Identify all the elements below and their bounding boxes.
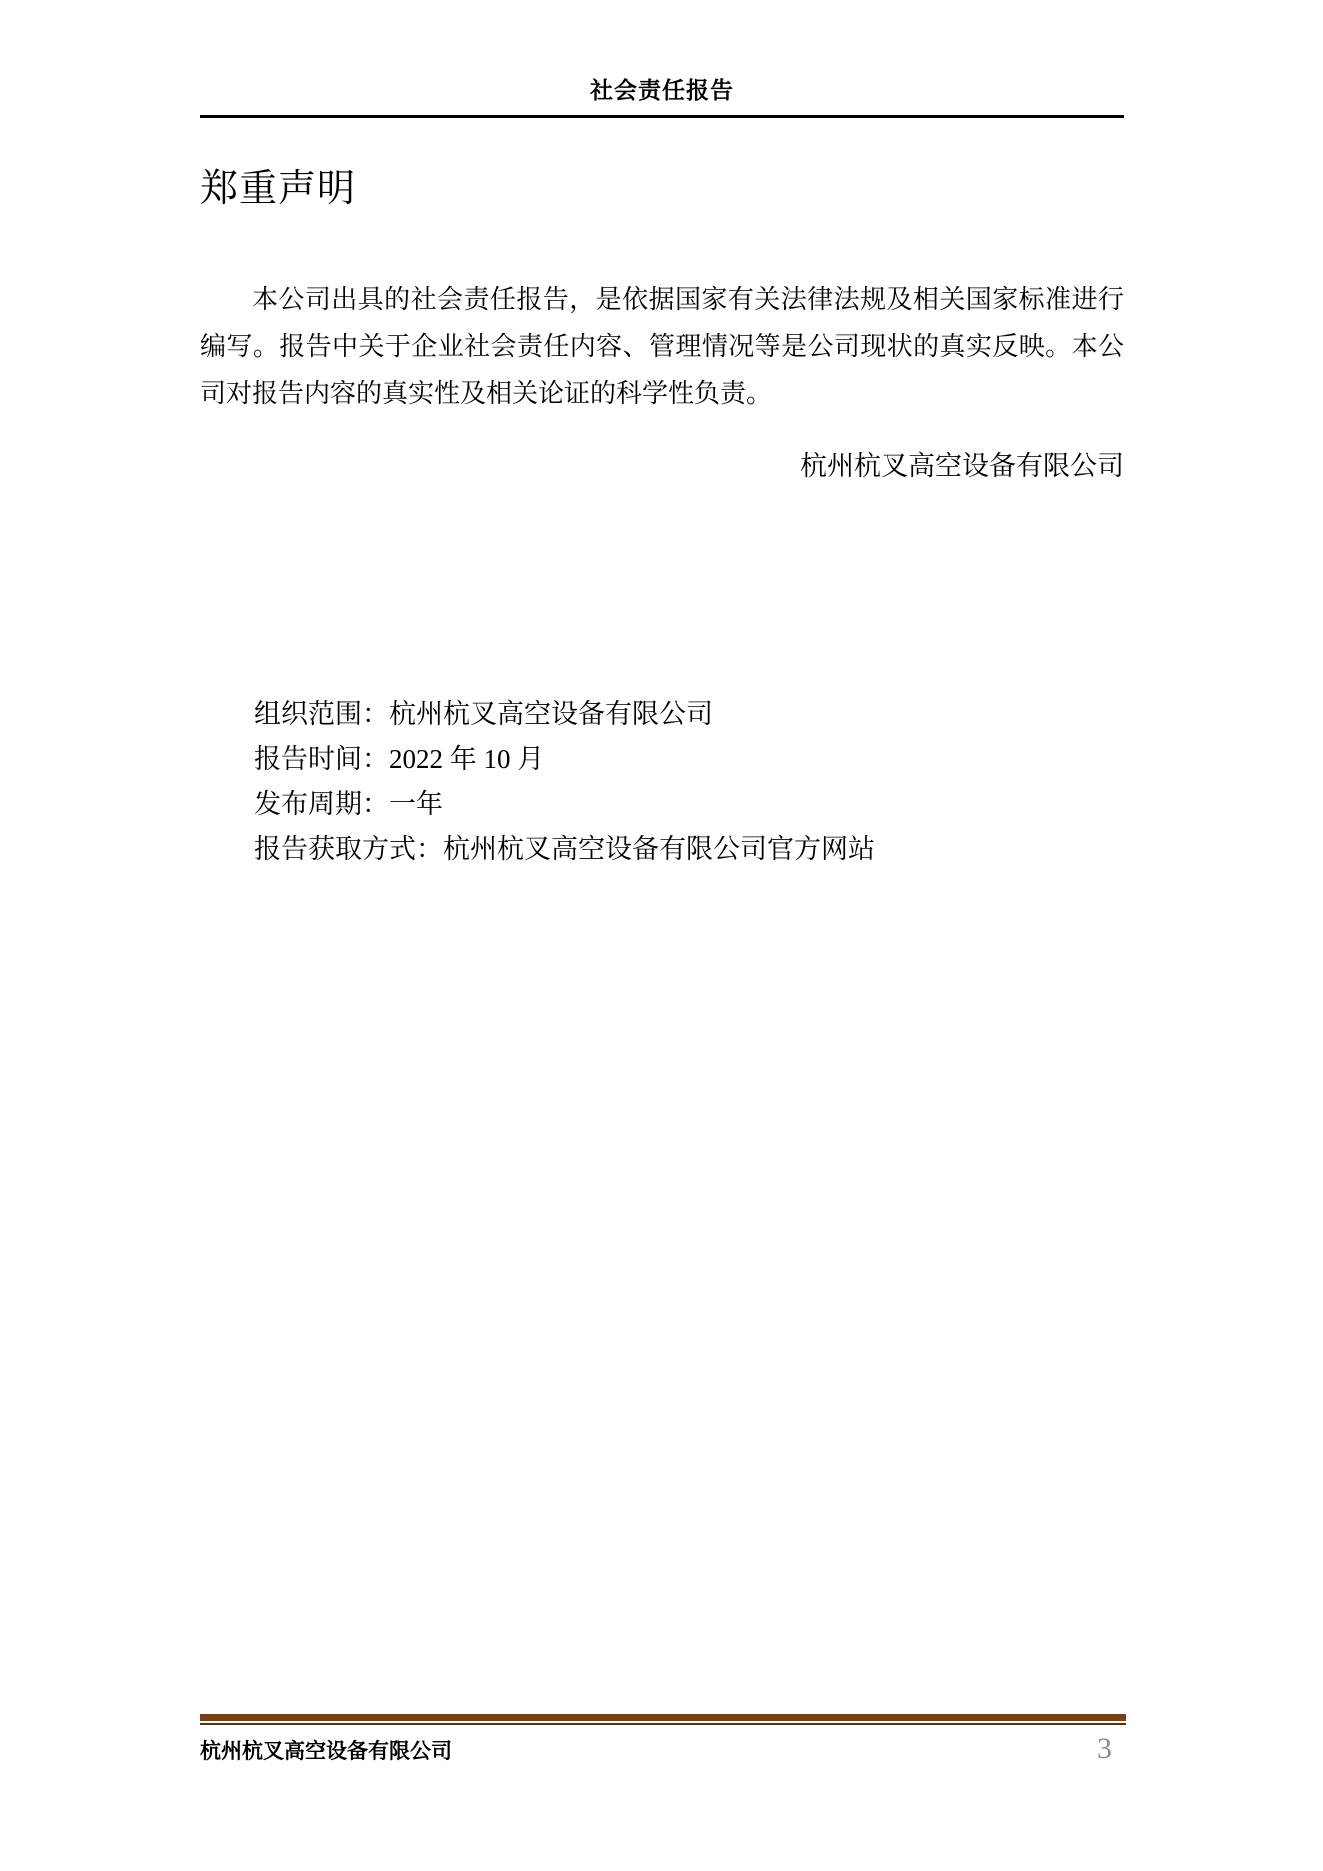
- meta-value: 杭州杭叉高空设备有限公司: [389, 699, 713, 729]
- meta-label: 发布周期：: [254, 789, 389, 819]
- footer-divider-thin-line: [200, 1723, 1126, 1725]
- meta-row-report-time: 报告时间：2022 年 10 月: [254, 737, 875, 782]
- page-number: 3: [1097, 1732, 1124, 1766]
- meta-label: 报告获取方式：: [254, 834, 443, 864]
- running-header-title: 社会责任报告: [200, 76, 1124, 104]
- page-header: 社会责任报告: [200, 76, 1124, 118]
- meta-row-access-method: 报告获取方式：杭州杭叉高空设备有限公司官方网站: [254, 827, 875, 872]
- footer-company-name: 杭州杭叉高空设备有限公司: [200, 1735, 452, 1769]
- meta-value: 一年: [389, 789, 443, 819]
- footer-divider: [200, 1714, 1126, 1725]
- meta-row-release-cycle: 发布周期：一年: [254, 782, 875, 827]
- footer-divider-thick-line: [200, 1714, 1126, 1721]
- report-meta: 组织范围：杭州杭叉高空设备有限公司 报告时间：2022 年 10 月 发布周期：…: [254, 692, 875, 872]
- section-title: 郑重声明: [200, 166, 356, 212]
- meta-value: 杭州杭叉高空设备有限公司官方网站: [443, 834, 875, 864]
- declaration-paragraph: 本公司出具的社会责任报告，是依据国家有关法律法规及相关国家标准进行编写。报告中关…: [200, 276, 1124, 417]
- footer-row: 杭州杭叉高空设备有限公司 3: [200, 1732, 1124, 1769]
- meta-row-scope: 组织范围：杭州杭叉高空设备有限公司: [254, 692, 875, 737]
- document-page: 社会责任报告 郑重声明 本公司出具的社会责任报告，是依据国家有关法律法规及相关国…: [0, 0, 1323, 1871]
- meta-label: 报告时间：: [254, 744, 389, 774]
- meta-label: 组织范围：: [254, 699, 389, 729]
- declaration-body: 本公司出具的社会责任报告，是依据国家有关法律法规及相关国家标准进行编写。报告中关…: [200, 276, 1124, 490]
- signature-company: 杭州杭叉高空设备有限公司: [200, 443, 1124, 490]
- meta-value: 2022 年 10 月: [389, 744, 544, 774]
